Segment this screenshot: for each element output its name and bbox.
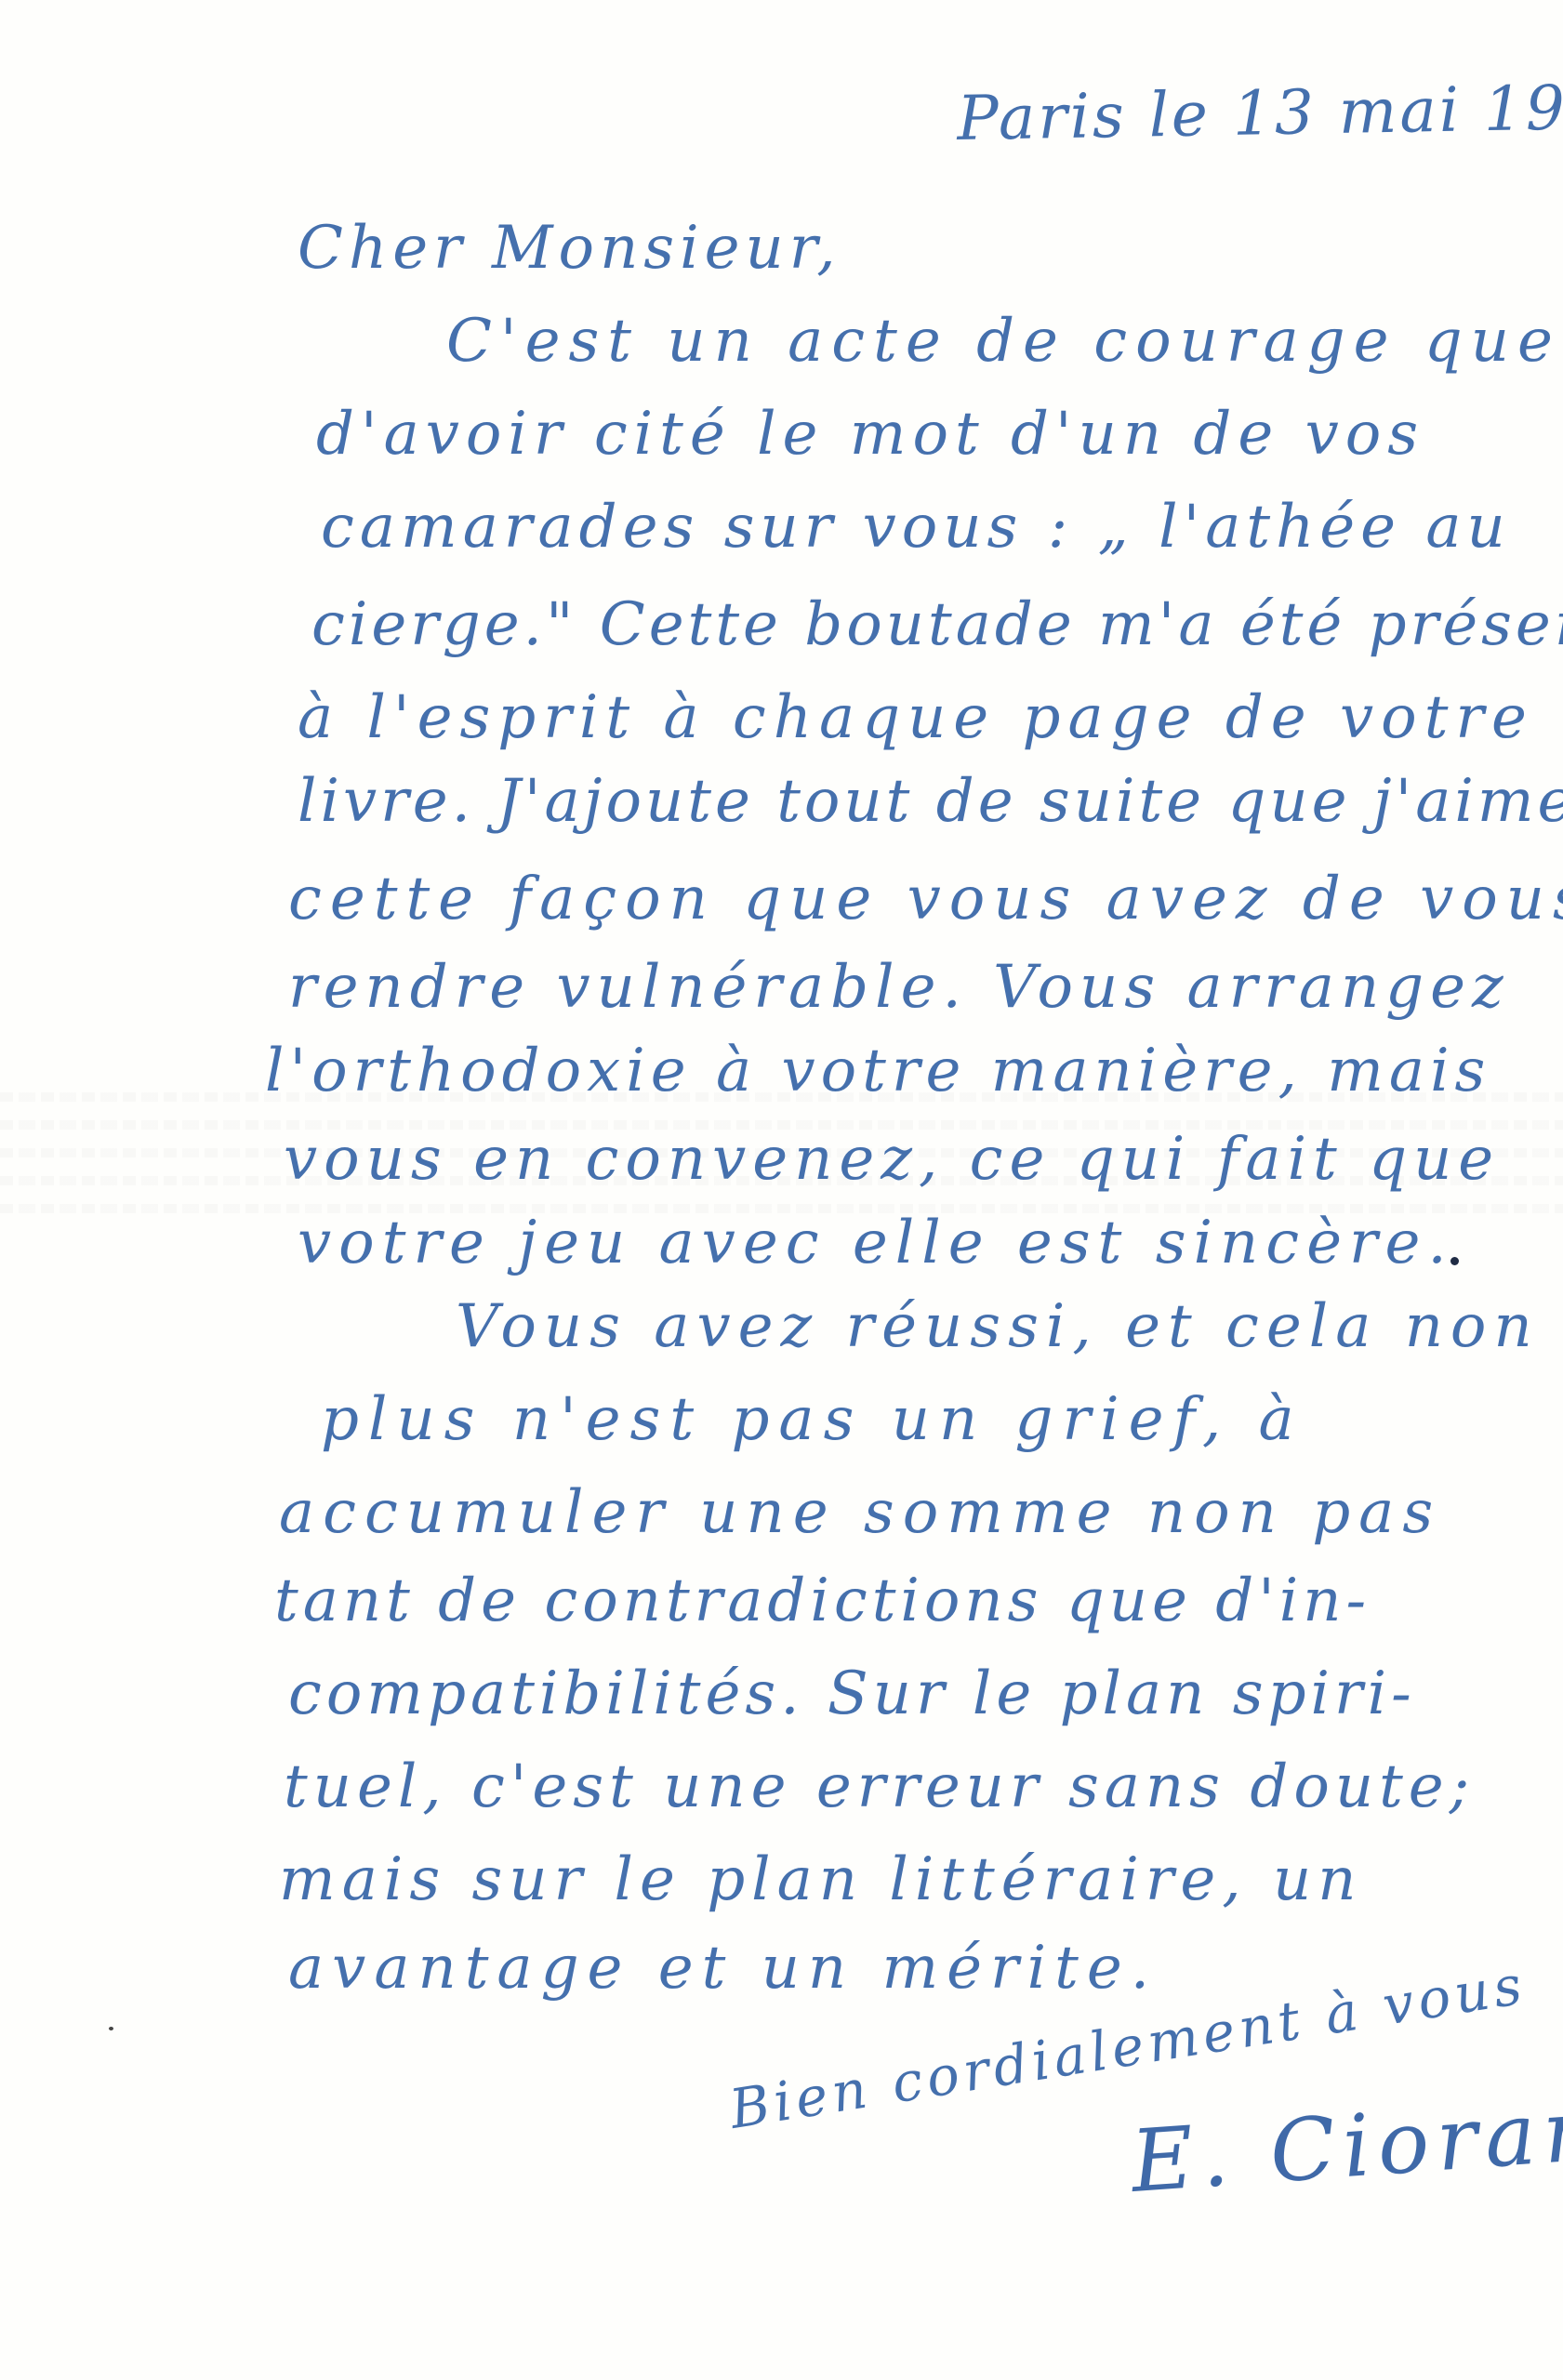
body-line: livre. J'ajoute tout de suite que j'aime bbox=[298, 772, 1563, 831]
signature: E. Cioran bbox=[1129, 2087, 1563, 2205]
body-line: camarades sur vous : „ l'athée au bbox=[321, 497, 1511, 557]
body-line: cierge." Cette boutade m'a été présente bbox=[311, 595, 1563, 654]
body-line: Vous avez réussi, et cela non bbox=[456, 1297, 1540, 1356]
body-line: rendre vulnérable. Vous arrangez bbox=[288, 958, 1510, 1017]
body-line: votre jeu avec elle est sincère. bbox=[298, 1213, 1454, 1273]
body-line: avantage et un mérite. bbox=[288, 1938, 1158, 1998]
place-date: Paris le 13 mai 1972 bbox=[957, 76, 1563, 150]
body-line: l'orthodoxie à votre manière, mais bbox=[265, 1041, 1490, 1101]
body-line: accumuler une somme non pas bbox=[279, 1483, 1441, 1542]
letter-page: Paris le 13 mai 1972 Cher Monsieur, C'es… bbox=[0, 0, 1563, 2380]
body-line: vous en convenez, ce qui fait que bbox=[284, 1130, 1500, 1189]
body-line: C'est un acte de courage que bbox=[446, 311, 1561, 371]
body-line: plus n'est pas un grief, à bbox=[321, 1390, 1304, 1449]
body-line: cette façon que vous avez de vous bbox=[288, 869, 1563, 929]
body-line: mais sur le plan littéraire, un bbox=[279, 1850, 1362, 1910]
body-line: tuel, c'est une erreur sans doute; bbox=[284, 1757, 1475, 1817]
ink-dot bbox=[1450, 1257, 1459, 1265]
body-line: d'avoir cité le mot d'un de vos bbox=[316, 404, 1424, 464]
body-line: tant de contradictions que d'in- bbox=[274, 1571, 1371, 1631]
body-line: compatibilités. Sur le plan spiri- bbox=[288, 1664, 1416, 1724]
body-line: à l'esprit à chaque page de votre bbox=[298, 688, 1534, 747]
paper-speck bbox=[109, 2027, 113, 2030]
salutation: Cher Monsieur, bbox=[298, 218, 841, 278]
